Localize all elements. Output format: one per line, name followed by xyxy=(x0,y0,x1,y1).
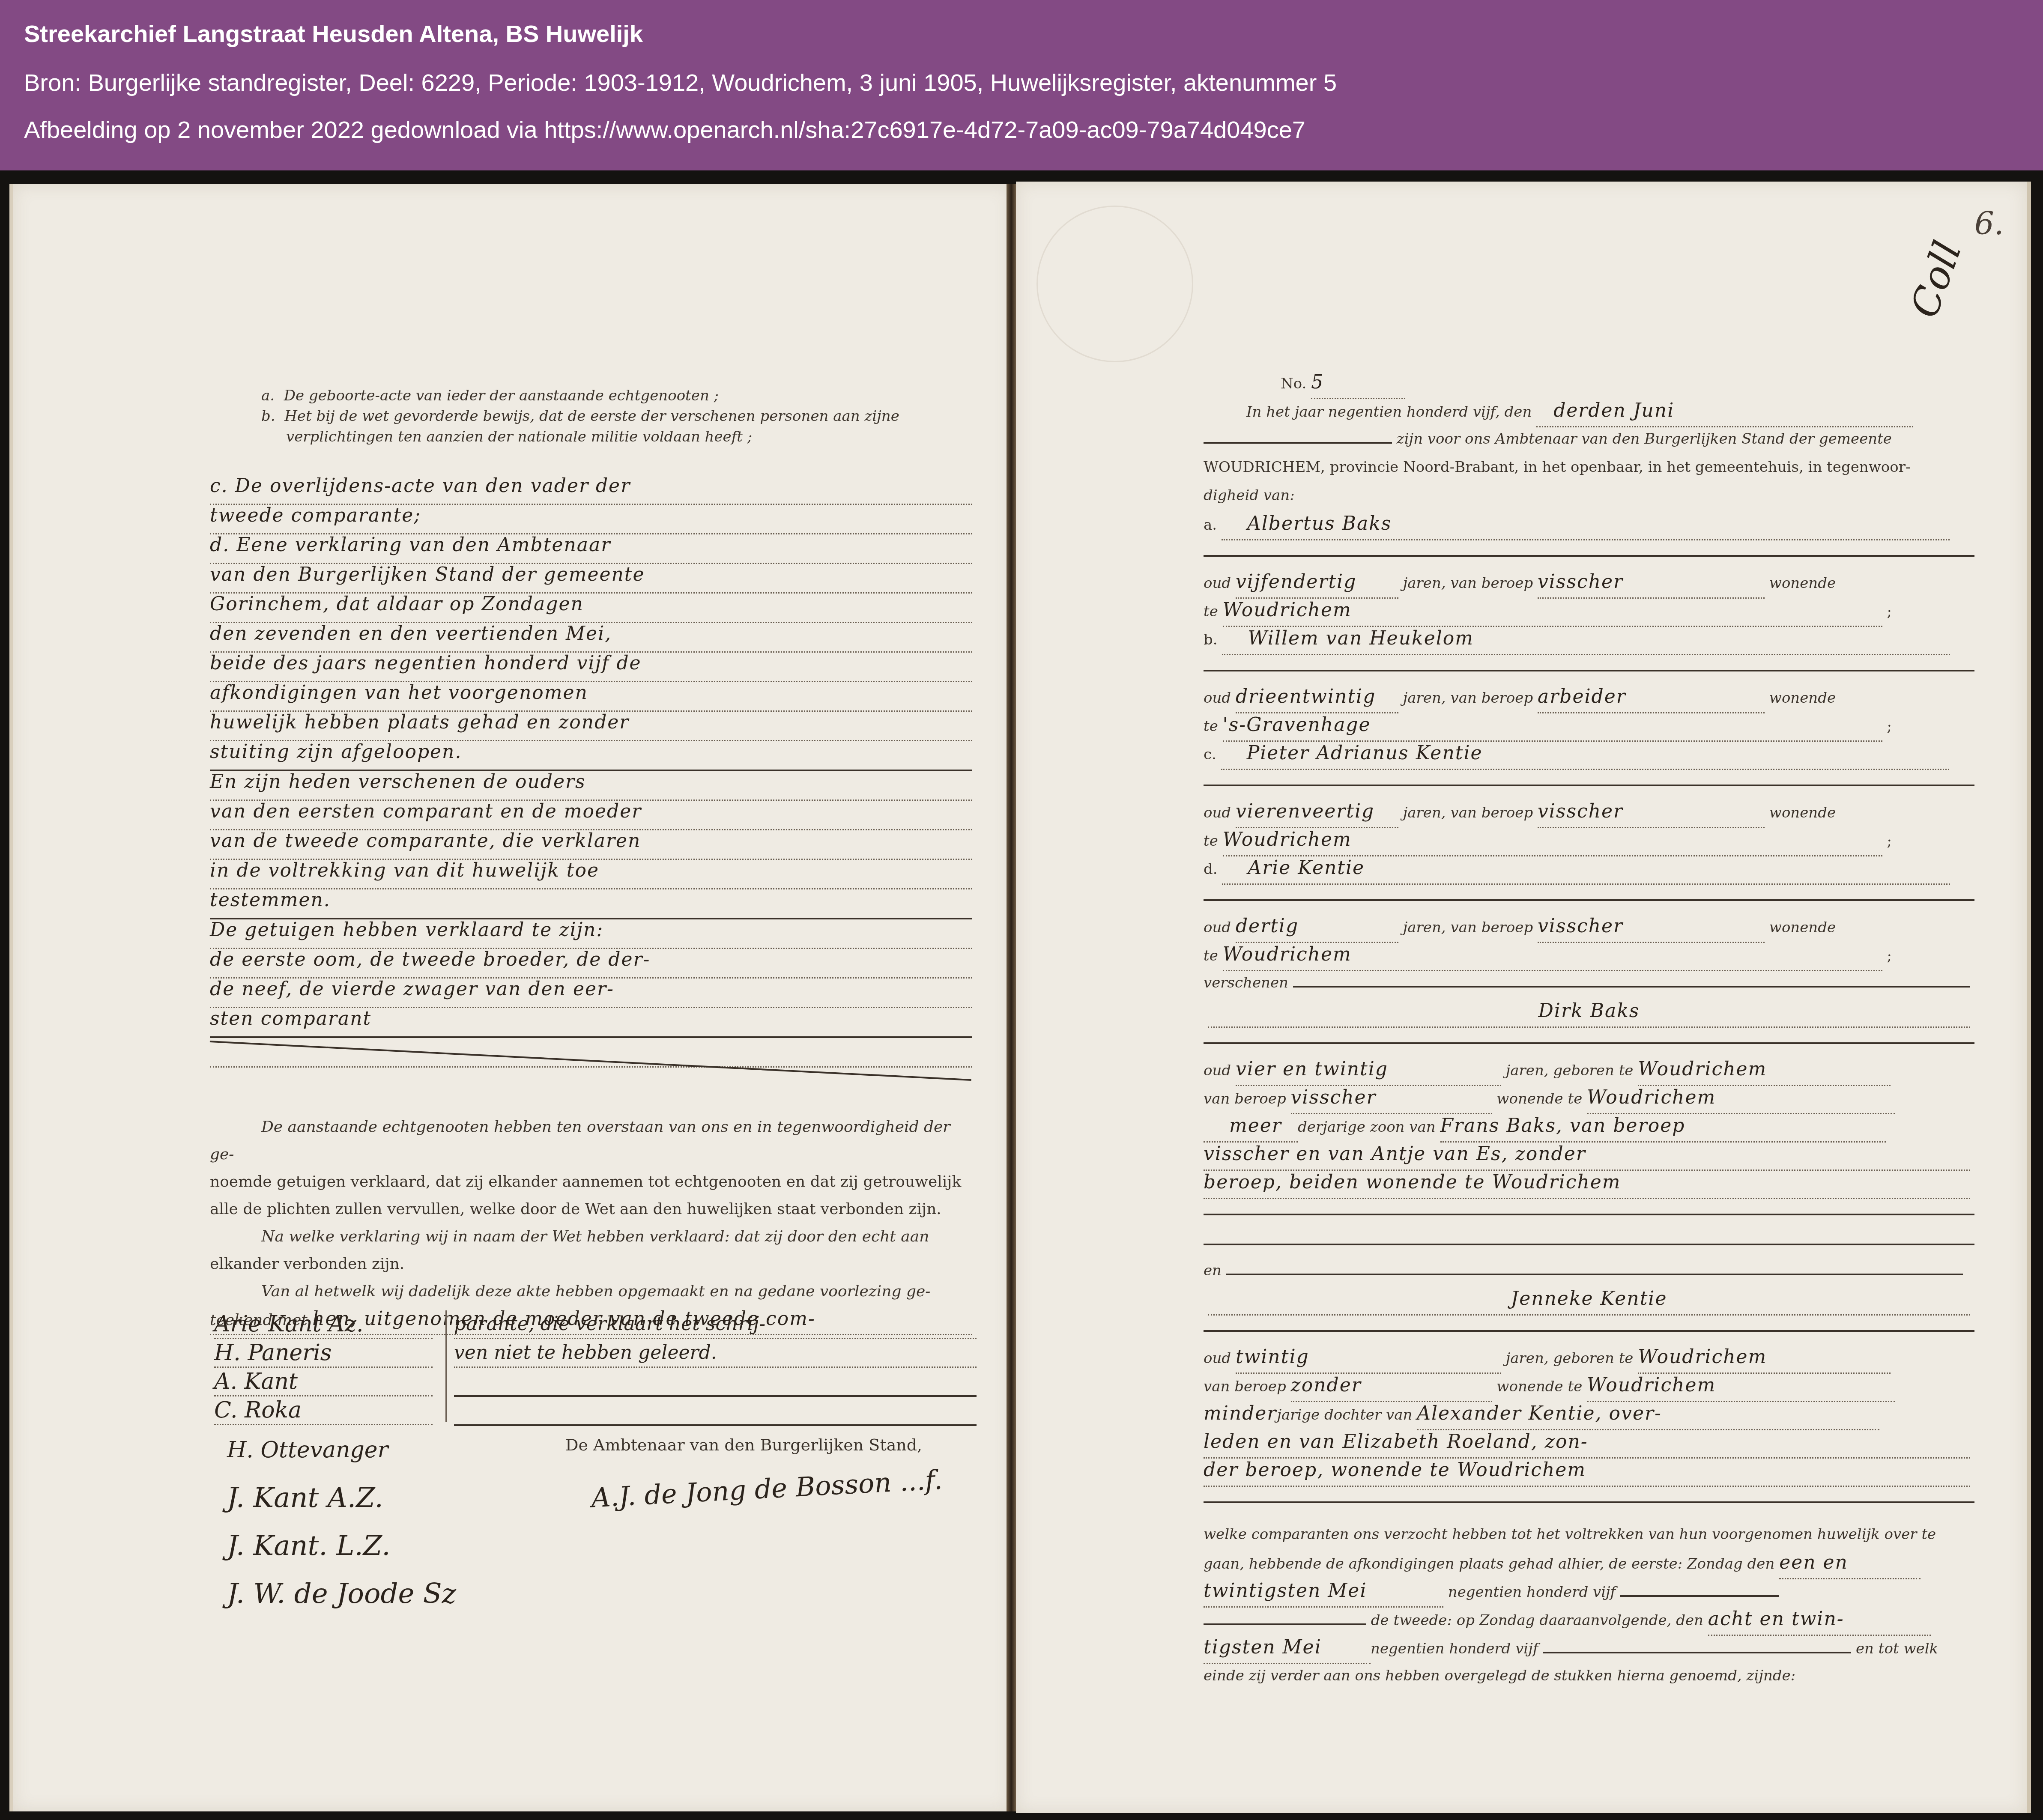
witness-name: Albertus Baks xyxy=(1222,513,1392,534)
witness-residence: Woudrichem xyxy=(1223,829,1352,850)
witness-residence: 's-Gravenhage xyxy=(1223,714,1371,736)
handwritten-line: van den Burgerlijken Stand der gemeente xyxy=(210,564,645,585)
act-date: derden Juni xyxy=(1536,400,1674,421)
label-en: en xyxy=(1204,1262,1222,1279)
groom-parents: beroep, beiden wonende te Woudrichem xyxy=(1204,1171,1621,1193)
label-geboren: jaren, geboren te xyxy=(1506,1062,1634,1079)
signature: J. Kant. L.Z. xyxy=(227,1522,456,1570)
label-verschenen: verschenen xyxy=(1204,974,1288,991)
label-beroep: van beroep xyxy=(1204,1090,1286,1107)
label-oud: oud xyxy=(1204,1062,1231,1079)
declaration-line: alle de plichten zullen vervullen, welke… xyxy=(210,1196,972,1223)
signature: Arie Kant Az. xyxy=(214,1310,433,1339)
handwritten-line: de neef, de vierde zwager van den eer- xyxy=(210,978,614,1000)
signature: C. Roka xyxy=(214,1396,433,1425)
declaration-line: De aanstaande echtgenooten hebben ten ov… xyxy=(210,1113,972,1168)
source-citation: Bron: Burgerlijke standregister, Deel: 6… xyxy=(24,68,1337,98)
bride-birthplace: Woudrichem xyxy=(1638,1346,1767,1368)
handwritten-line: tweede comparante; xyxy=(210,504,421,526)
download-notice: Afbeelding op 2 november 2022 gedownload… xyxy=(24,115,1305,145)
marriage-declaration-text: De aanstaande echtgenooten hebben ten ov… xyxy=(210,1113,972,1335)
bride-age: twintig xyxy=(1236,1346,1309,1368)
witness-label: b. xyxy=(1204,631,1218,648)
handwritten-line: van de tweede comparante, die verklaren xyxy=(210,830,641,852)
bride-occupation: zonder xyxy=(1291,1374,1362,1396)
banns-date-1: een en xyxy=(1779,1551,1848,1573)
bride-residence: Woudrichem xyxy=(1587,1374,1716,1396)
closing-text: de tweede: op Zondag daaraanvolgende, de… xyxy=(1371,1612,1703,1629)
banns-date-2: acht en twin- xyxy=(1708,1608,1844,1630)
closing-text: welke comparanten ons verzocht hebben to… xyxy=(1204,1520,1974,1548)
signature: H. Paneris xyxy=(214,1339,433,1368)
groom-name: Dirk Baks xyxy=(1538,1000,1640,1022)
blank-line xyxy=(1204,882,1974,901)
archive-title: Streekarchief Langstraat Heusden Altena,… xyxy=(24,19,643,49)
blank-line xyxy=(1204,1226,1974,1245)
label-te: te xyxy=(1204,718,1218,735)
additional-signatures: H. Ottevanger J. Kant A.Z. J. Kant. L.Z.… xyxy=(227,1426,456,1618)
closing-text: negentien honderd vijf xyxy=(1448,1584,1616,1601)
page-number: 6. xyxy=(1974,206,2004,242)
label-wonende: wonende xyxy=(1769,689,1836,707)
intro-text: WOUDRICHEM, provincie Noord-Brabant, in … xyxy=(1204,453,1974,481)
note-line xyxy=(454,1397,977,1426)
label-te: te xyxy=(1204,947,1218,964)
declaration-line: Van al hetwelk wij dadelijk deze akte he… xyxy=(210,1278,972,1305)
groom-status: meer xyxy=(1204,1115,1282,1137)
blank-line xyxy=(1204,653,1974,671)
handwritten-line: den zevenden en den veertienden Mei, xyxy=(210,623,612,644)
signature: H. Ottevanger xyxy=(227,1426,456,1474)
witness-residence: Woudrichem xyxy=(1223,943,1352,965)
handwritten-line: beide des jaars negentien honderd vijf d… xyxy=(210,652,642,674)
closing-text: gaan, hebbende de afkondigingen plaats g… xyxy=(1204,1555,1774,1572)
act-number: 5 xyxy=(1311,371,1324,393)
closing-text: einde zij verder aan ons hebben overgele… xyxy=(1204,1662,1974,1690)
label-jaren: jaren, van beroep xyxy=(1403,689,1533,707)
handwritten-line: Gorinchem, dat aldaar op Zondagen xyxy=(210,593,584,615)
official-title: De Ambtenaar van den Burgerlijken Stand, xyxy=(565,1435,922,1454)
marriage-act: No. 5 In het jaar negentien honderd vijf… xyxy=(1204,368,1974,1690)
groom-relation: derjarige zoon van xyxy=(1298,1119,1436,1136)
blank-line xyxy=(1204,538,1974,557)
label-jaren: jaren, van beroep xyxy=(1403,804,1533,821)
groom-age: vier en twintig xyxy=(1236,1058,1388,1080)
label-jaren: jaren, van beroep xyxy=(1403,919,1533,936)
handwritten-line: De getuigen hebben verklaard te zijn: xyxy=(210,919,603,941)
column-divider xyxy=(445,1310,447,1422)
witness-age: drieentwintig xyxy=(1236,686,1376,707)
label-te: te xyxy=(1204,603,1218,620)
witness-label: d. xyxy=(1204,861,1218,878)
groom-parents: Frans Baks, van beroep xyxy=(1440,1115,1685,1137)
witness-name: Arie Kentie xyxy=(1222,857,1365,879)
blank-line xyxy=(1204,1196,1974,1215)
signature-note: parante, die verklaart het schrij- ven n… xyxy=(454,1310,977,1426)
handwritten-line: afkondigingen van het voorgenomen xyxy=(210,682,588,704)
book-spine xyxy=(1007,184,1016,1811)
witness-age: dertig xyxy=(1236,915,1299,937)
intro-text: In het jaar negentien honderd vijf, den xyxy=(1246,403,1532,421)
bride-parents: Alexander Kentie, over- xyxy=(1417,1402,1662,1424)
blank-line xyxy=(1204,1025,1974,1044)
item-text: De geboorte-acte van ieder der aanstaand… xyxy=(284,387,719,404)
handwritten-line: huwelijk hebben plaats gehad en zonder xyxy=(210,711,629,733)
label-geboren: jaren, geboren te xyxy=(1506,1350,1634,1367)
closing-text: en tot welk xyxy=(1856,1640,1938,1657)
witness-occupation: arbeider xyxy=(1538,686,1626,707)
witness-occupation: visscher xyxy=(1538,915,1623,937)
banns-date-1: twintigsten Mei xyxy=(1204,1580,1367,1602)
label-wonende-te: wonende te xyxy=(1496,1378,1582,1395)
label-te: te xyxy=(1204,832,1218,850)
intro-text: digheid van: xyxy=(1204,481,1974,510)
groom-occupation: visscher xyxy=(1291,1086,1377,1108)
witness-occupation: visscher xyxy=(1538,571,1623,593)
item-label: a. xyxy=(261,387,275,404)
label-oud: oud xyxy=(1204,689,1231,707)
declaration-line: Na welke verklaring wij in naam der Wet … xyxy=(210,1223,972,1250)
label-beroep: van beroep xyxy=(1204,1378,1286,1395)
note-line: parante, die verklaart het schrij- xyxy=(454,1310,977,1339)
handwritten-line: sten comparant xyxy=(210,1008,371,1029)
bride-status: minder xyxy=(1204,1402,1277,1424)
handwritten-line: En zijn heden verschenen de ouders xyxy=(210,771,586,793)
label-wonende: wonende xyxy=(1769,575,1836,592)
intro-text: zijn voor ons Ambtenaar van den Burgerli… xyxy=(1397,430,1892,448)
label-oud: oud xyxy=(1204,919,1231,936)
signature: J. Kant A.Z. xyxy=(227,1474,456,1522)
handwritten-line: van den eersten comparant en de moeder xyxy=(210,800,642,822)
item-text: Het bij de wet gevorderde bewijs, dat de… xyxy=(284,408,899,425)
handwritten-line: stuiting zijn afgeloopen. xyxy=(210,741,462,763)
required-documents-list: a. De geboorte-acte van ieder der aansta… xyxy=(261,385,899,447)
bride-parents: der beroep, wonende te Woudrichem xyxy=(1204,1459,1586,1481)
bride-parents: leden en van Elizabeth Roeland, zon- xyxy=(1204,1431,1588,1453)
archive-header: Streekarchief Langstraat Heusden Altena,… xyxy=(0,0,2043,170)
witness-name: Pieter Adrianus Kentie xyxy=(1221,742,1483,764)
declaration-line: noemde getuigen verklaard, dat zij elkan… xyxy=(210,1168,972,1196)
label-jaren: jaren, van beroep xyxy=(1403,575,1533,592)
item-label: b. xyxy=(261,408,275,425)
act-number-label: No. xyxy=(1281,375,1306,392)
item-text: verplichtingen ten aanzien der nationale… xyxy=(286,428,752,445)
handwritten-line: testemmen. xyxy=(210,889,331,911)
witness-occupation: visscher xyxy=(1538,800,1623,822)
groom-residence: Woudrichem xyxy=(1587,1086,1716,1108)
label-wonende: wonende xyxy=(1769,804,1836,821)
label-oud: oud xyxy=(1204,1350,1231,1367)
label-wonende-te: wonende te xyxy=(1496,1090,1582,1107)
closing-text: negentien honderd vijf xyxy=(1371,1640,1538,1657)
signature: J. W. de Joode Sz xyxy=(227,1570,456,1618)
banns-date-2: tigsten Mei xyxy=(1204,1636,1322,1658)
witness-label: c. xyxy=(1204,746,1216,763)
handwritten-line: in de voltrekking van dit huwelijk toe xyxy=(210,859,599,881)
blank-line xyxy=(1204,1313,1974,1332)
signature: A. Kant xyxy=(214,1368,433,1396)
label-oud: oud xyxy=(1204,804,1231,821)
handwritten-line: de eerste oom, de tweede broeder, de der… xyxy=(210,949,650,970)
note-line xyxy=(454,1368,977,1397)
witness-age: vijfendertig xyxy=(1236,571,1356,593)
blank-line xyxy=(1204,767,1974,786)
handwritten-line: d. Eene verklaring van den Ambtenaar xyxy=(210,534,611,556)
declaration-line: elkander verbonden zijn. xyxy=(210,1250,972,1278)
label-oud: oud xyxy=(1204,575,1231,592)
handwritten-annotations: c. De overlijdens-acte van den vader der… xyxy=(210,475,972,1068)
witness-label: a. xyxy=(1204,516,1217,534)
signature-column: Arie Kant Az. H. Paneris A. Kant C. Roka xyxy=(214,1310,433,1425)
witness-residence: Woudrichem xyxy=(1223,599,1352,621)
handwritten-line: c. De overlijdens-acte van den vader der xyxy=(210,475,630,497)
bride-name: Jenneke Kentie xyxy=(1511,1288,1667,1310)
groom-parents: visscher en van Antje van Es, zonder xyxy=(1204,1143,1586,1165)
groom-birthplace: Woudrichem xyxy=(1638,1058,1767,1080)
label-wonende: wonende xyxy=(1769,919,1836,936)
note-line: ven niet te hebben geleerd. xyxy=(454,1339,977,1368)
embossed-seal-icon xyxy=(1036,206,1193,362)
witness-name: Willem van Heukelom xyxy=(1222,627,1474,649)
witness-age: vierenveertig xyxy=(1236,800,1374,822)
blank-line xyxy=(1204,1484,1974,1503)
bride-relation: jarige dochter van xyxy=(1277,1406,1412,1423)
